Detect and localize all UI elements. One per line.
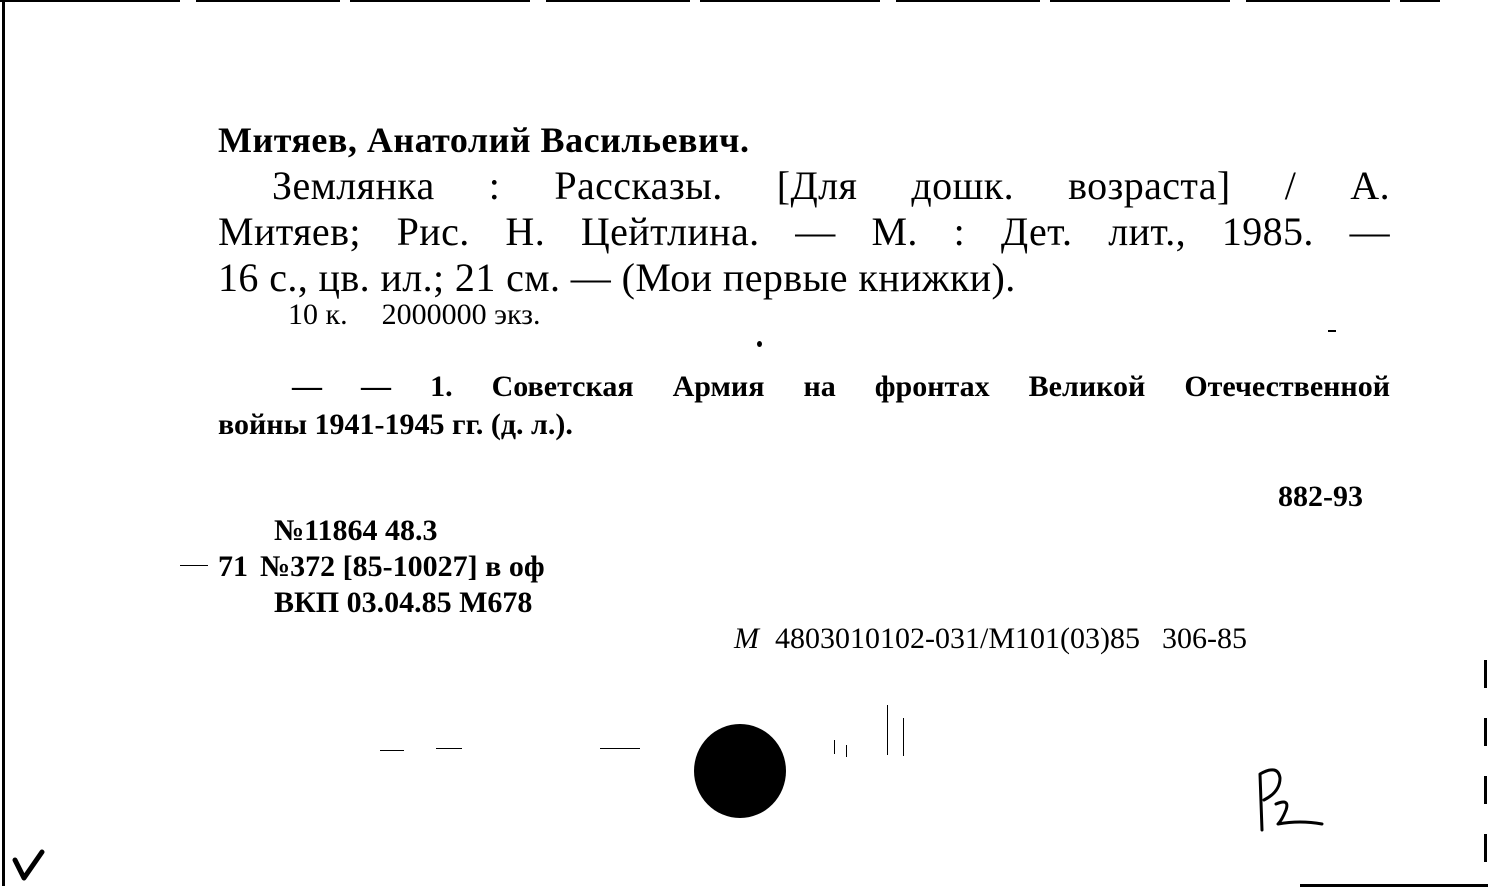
registry-line-1: №11864 48.3	[274, 516, 438, 546]
subject-line-2: войны 1941-1945 гг. (д. л.).	[218, 410, 573, 440]
registry-number: №372 [85-10027] в оф	[260, 550, 545, 583]
description-line-2: Митяев; Рис. Н. Цейтлина. — М. : Дет. ли…	[218, 212, 1390, 252]
scan-mark	[887, 705, 888, 755]
scan-mark	[600, 748, 640, 749]
card-border-right	[1484, 660, 1487, 886]
card-border-bottom	[1300, 884, 1488, 887]
scan-mark	[846, 745, 847, 757]
card-border-left	[2, 2, 5, 886]
price: 10 к.	[288, 298, 348, 331]
registry-line-3: ВКП 03.04.85 М678	[274, 588, 532, 618]
price-and-run: 10 к.2000000 экз.	[288, 300, 574, 330]
scan-mark	[180, 565, 208, 566]
catalog-card: Митяев, Анатолий Васильевич. Землянка : …	[0, 0, 1488, 888]
description-line-3: 16 с., цв. ил.; 21 см. — (Мои первые кни…	[218, 258, 1016, 298]
scan-mark	[903, 718, 904, 756]
handwritten-initials-icon	[1250, 764, 1330, 834]
scan-mark	[380, 750, 404, 751]
publisher-code-letter: М	[734, 622, 759, 655]
print-run: 2000000 экз.	[382, 298, 541, 331]
scan-mark	[834, 740, 835, 754]
registry-prefix: 71	[218, 550, 248, 583]
subject-line-1: — — 1. Советская Армия на фронтах Велико…	[292, 372, 1390, 402]
description-line-1: Землянка : Рассказы. [Для дошк. возраста…	[272, 166, 1390, 206]
publisher-code: М4803010102-031/М101(03)85306-85	[734, 624, 1247, 654]
classification-code: 882-93	[1278, 482, 1363, 512]
order-number: 306-85	[1162, 622, 1247, 655]
ink-dot	[757, 341, 762, 347]
card-border-top	[0, 0, 1440, 2]
author-heading: Митяев, Анатолий Васильевич.	[218, 122, 749, 158]
checkmark-icon	[12, 848, 48, 884]
publisher-code-number: 4803010102-031/М101(03)85	[775, 622, 1140, 655]
punch-hole	[694, 724, 786, 818]
registry-line-2: 71№372 [85-10027] в оф	[218, 552, 545, 582]
scan-mark	[436, 748, 462, 749]
scan-mark	[1328, 330, 1336, 332]
